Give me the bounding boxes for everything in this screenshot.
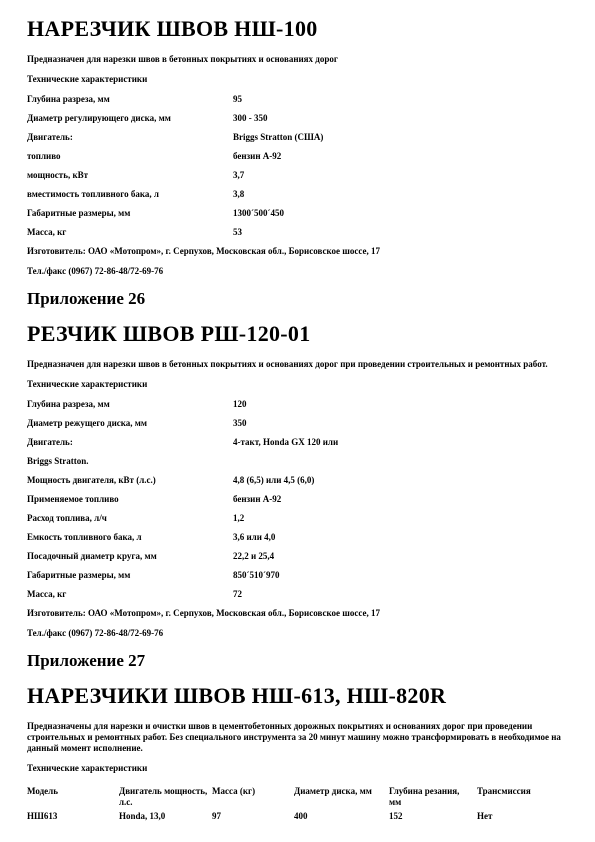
table-header-cell: Трансмиссия — [477, 786, 570, 811]
spec-label: Масса, кг — [27, 589, 233, 600]
spec-row: Глубина разреза, мм 120 — [27, 399, 570, 410]
specs-list: Глубина разреза, мм 120 Диаметр режущего… — [27, 399, 570, 600]
specs-table: Модель Двигатель мощность, л.с. Масса (к… — [27, 786, 570, 822]
specs-list: Глубина разреза, мм 95 Диаметр регулирую… — [27, 94, 570, 238]
section-rsh-120-01: РЕЗЧИК ШВОВ РШ-120-01 Предназначен для н… — [27, 321, 570, 639]
specs-heading: Технические характеристики — [27, 74, 570, 85]
spec-row: Диаметр регулирующего диска, мм 300 - 35… — [27, 113, 570, 124]
product-title-nsh-100: НАРЕЗЧИК ШВОВ НШ-100 — [27, 16, 570, 41]
spec-row: Применяемое топливо бензин А-92 — [27, 494, 570, 505]
phone-line: Тел./факс (0967) 72-86-48/72-69-76 — [27, 628, 570, 639]
specs-heading: Технические характеристики — [27, 379, 570, 390]
spec-label: Мощность двигателя, кВт (л.с.) — [27, 475, 233, 486]
table-header-cell: Модель — [27, 786, 119, 811]
spec-value: 1,2 — [233, 513, 570, 524]
specs-heading: Технические характеристики — [27, 763, 570, 774]
spec-row: Габаритные размеры, мм 1300´500´450 — [27, 208, 570, 219]
spec-value: 1300´500´450 — [233, 208, 570, 219]
spec-label: вместимость топливного бака, л — [27, 189, 233, 200]
spec-value: 3,7 — [233, 170, 570, 181]
spec-label: Глубина разреза, мм — [27, 399, 233, 410]
product-title-rsh-120-01: РЕЗЧИК ШВОВ РШ-120-01 — [27, 321, 570, 346]
spec-label: Диаметр регулирующего диска, мм — [27, 113, 233, 124]
section-nsh-100: НАРЕЗЧИК ШВОВ НШ-100 Предназначен для на… — [27, 16, 570, 277]
table-cell: НШ613 — [27, 811, 119, 822]
spec-value: Briggs Stratton (США) — [233, 132, 570, 143]
table-header-cell: Диаметр диска, мм — [294, 786, 389, 811]
product-description: Предназначен для нарезки швов в бетонных… — [27, 359, 570, 370]
section-nsh-613-820r: НАРЕЗЧИКИ ШВОВ НШ-613, НШ-820R Предназна… — [27, 683, 570, 822]
spec-row: Габаритные размеры, мм 850´510´970 — [27, 570, 570, 581]
table-cell: Нет — [477, 811, 570, 822]
spec-label: Емкость топливного бака, л — [27, 532, 233, 543]
spec-value: 3,8 — [233, 189, 570, 200]
product-description: Предназначен для нарезки швов в бетонных… — [27, 54, 570, 65]
spec-label: Габаритные размеры, мм — [27, 570, 233, 581]
spec-value: 72 — [233, 589, 570, 600]
spec-value: 850´510´970 — [233, 570, 570, 581]
spec-row: вместимость топливного бака, л 3,8 — [27, 189, 570, 200]
spec-row: Мощность двигателя, кВт (л.с.) 4,8 (6,5)… — [27, 475, 570, 486]
product-title-nsh-613-820r: НАРЕЗЧИКИ ШВОВ НШ-613, НШ-820R — [27, 683, 570, 708]
table-row: НШ613 Honda, 13,0 97 400 152 Нет — [27, 811, 570, 822]
spec-value: 3,6 или 4,0 — [233, 532, 570, 543]
spec-label: Briggs Stratton. — [27, 456, 233, 467]
spec-row: Глубина разреза, мм 95 — [27, 94, 570, 105]
spec-label: Посадочный диаметр круга, мм — [27, 551, 233, 562]
spec-label: мощность, кВт — [27, 170, 233, 181]
spec-row: Расход топлива, л/ч 1,2 — [27, 513, 570, 524]
spec-row: Briggs Stratton. — [27, 456, 570, 467]
table-cell: Honda, 13,0 — [119, 811, 212, 822]
spec-value: 300 - 350 — [233, 113, 570, 124]
spec-label: Габаритные размеры, мм — [27, 208, 233, 219]
spec-value — [233, 456, 570, 467]
table-header-cell: Глубина резания, мм — [389, 786, 477, 811]
spec-row: Двигатель: Briggs Stratton (США) — [27, 132, 570, 143]
spec-value: бензин А-92 — [233, 151, 570, 162]
product-description: Предназначены для нарезки и очистки швов… — [27, 721, 570, 754]
spec-label: Применяемое топливо — [27, 494, 233, 505]
table-header-cell: Двигатель мощность, л.с. — [119, 786, 212, 811]
spec-row: мощность, кВт 3,7 — [27, 170, 570, 181]
spec-value: 4-такт, Honda GX 120 или — [233, 437, 570, 448]
spec-value: бензин А-92 — [233, 494, 570, 505]
appendix-heading-27: Приложение 27 — [27, 651, 570, 671]
phone-line: Тел./факс (0967) 72-86-48/72-69-76 — [27, 266, 570, 277]
spec-value: 4,8 (6,5) или 4,5 (6,0) — [233, 475, 570, 486]
spec-row: Диаметр режущего диска, мм 350 — [27, 418, 570, 429]
spec-row: Двигатель: 4-такт, Honda GX 120 или — [27, 437, 570, 448]
spec-label: Глубина разреза, мм — [27, 94, 233, 105]
spec-value: 22,2 и 25,4 — [233, 551, 570, 562]
table-header-row: Модель Двигатель мощность, л.с. Масса (к… — [27, 786, 570, 811]
spec-label: Двигатель: — [27, 437, 233, 448]
appendix-heading-26: Приложение 26 — [27, 289, 570, 309]
spec-label: Расход топлива, л/ч — [27, 513, 233, 524]
spec-label: Масса, кг — [27, 227, 233, 238]
table-header-cell: Масса (кг) — [212, 786, 294, 811]
spec-row: Масса, кг 53 — [27, 227, 570, 238]
spec-row: Масса, кг 72 — [27, 589, 570, 600]
manufacturer-line: Изготовитель: ОАО «Мотопром», г. Серпухо… — [27, 246, 570, 257]
spec-row: Емкость топливного бака, л 3,6 или 4,0 — [27, 532, 570, 543]
manufacturer-line: Изготовитель: ОАО «Мотопром», г. Серпухо… — [27, 608, 570, 619]
table-cell: 97 — [212, 811, 294, 822]
spec-value: 120 — [233, 399, 570, 410]
spec-row: Посадочный диаметр круга, мм 22,2 и 25,4 — [27, 551, 570, 562]
spec-row: топливо бензин А-92 — [27, 151, 570, 162]
spec-value: 350 — [233, 418, 570, 429]
spec-label: Диаметр режущего диска, мм — [27, 418, 233, 429]
spec-label: Двигатель: — [27, 132, 233, 143]
spec-label: топливо — [27, 151, 233, 162]
document-page: НАРЕЗЧИК ШВОВ НШ-100 Предназначен для на… — [0, 0, 595, 842]
spec-value: 95 — [233, 94, 570, 105]
table-cell: 152 — [389, 811, 477, 822]
spec-value: 53 — [233, 227, 570, 238]
table-cell: 400 — [294, 811, 389, 822]
